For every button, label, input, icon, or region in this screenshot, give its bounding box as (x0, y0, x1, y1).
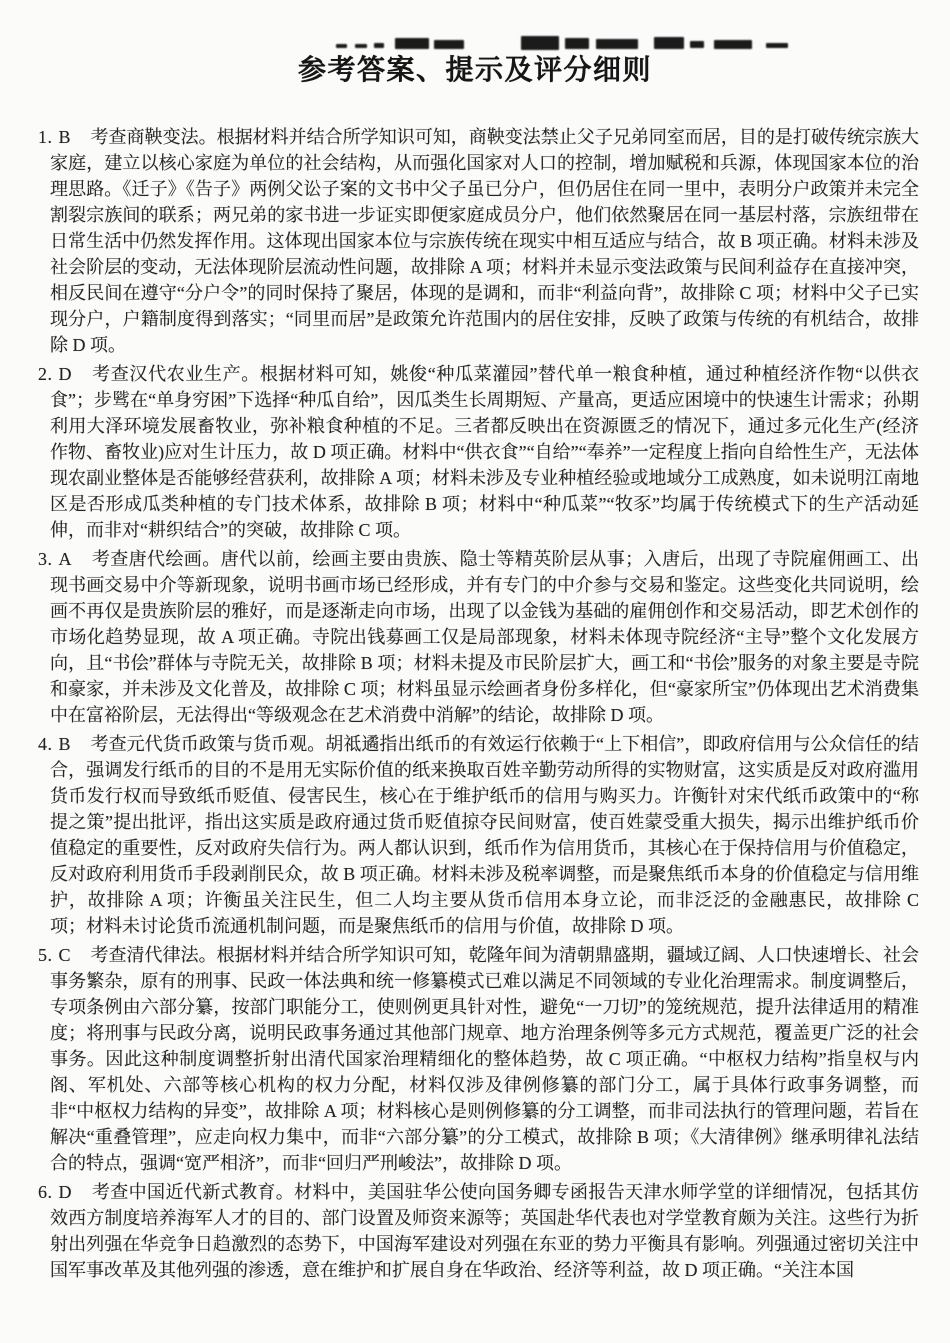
page-title: 参考答案、提示及评分细则 (0, 52, 950, 88)
question-number: 6. (38, 1182, 53, 1202)
answer-letter: D (59, 1182, 72, 1202)
document-page: 参考答案、提示及评分细则 1.B考查商鞅变法。根据材料并结合所学知识可知，商鞅变… (0, 0, 950, 1343)
answer-list: 1.B考查商鞅变法。根据材料并结合所学知识可知，商鞅变法禁止父子兄弟同室而居，目… (50, 124, 919, 1283)
question-number: 5. (38, 945, 53, 965)
answer-letter: B (59, 734, 71, 754)
answer-item-6: 6.D考查中国近代新式教育。材料中，美国驻华公使向国务卿专函报告天津水师学堂的详… (50, 1179, 919, 1283)
answer-explanation: 考查商鞅变法。根据材料并结合所学知识可知，商鞅变法禁止父子兄弟同室而居，目的是打… (50, 127, 919, 355)
answer-letter: B (59, 127, 71, 147)
question-number: 2. (38, 364, 53, 384)
answer-explanation: 考查唐代绘画。唐代以前，绘画主要由贵族、隐士等精英阶层从事；入唐后，出现了寺院雇… (50, 549, 919, 725)
question-number: 1. (38, 127, 53, 147)
answer-explanation: 考查元代货币政策与货币观。胡祗遹指出纸币的有效运行依赖于“上下相信”，即政府信用… (50, 734, 919, 936)
answer-item-2: 2.D考查汉代农业生产。根据材料可知，姚俊“种瓜菜灌园”替代单一粮食种植，通过种… (50, 361, 919, 543)
answer-explanation: 考查中国近代新式教育。材料中，美国驻华公使向国务卿专函报告天津水师学堂的详细情况… (50, 1182, 919, 1280)
answer-item-5: 5.C考查清代律法。根据材料并结合所学知识可知，乾隆年间为清朝鼎盛期，疆域辽阔、… (50, 942, 919, 1176)
answer-item-3: 3.A考查唐代绘画。唐代以前，绘画主要由贵族、隐士等精英阶层从事；入唐后，出现了… (50, 546, 919, 728)
answer-letter: C (59, 945, 71, 965)
answer-explanation: 考查清代律法。根据材料并结合所学知识可知，乾隆年间为清朝鼎盛期，疆域辽阔、人口快… (50, 945, 919, 1173)
answer-item-4: 4.B考查元代货币政策与货币观。胡祗遹指出纸币的有效运行依赖于“上下相信”，即政… (50, 731, 919, 939)
answer-explanation: 考查汉代农业生产。根据材料可知，姚俊“种瓜菜灌园”替代单一粮食种植，通过种植经济… (50, 364, 919, 540)
answer-letter: D (59, 364, 72, 384)
question-number: 3. (38, 549, 53, 569)
question-number: 4. (38, 734, 53, 754)
answer-letter: A (59, 549, 72, 569)
answer-item-1: 1.B考查商鞅变法。根据材料并结合所学知识可知，商鞅变法禁止父子兄弟同室而居，目… (50, 124, 919, 358)
cropped-header-fragment (0, 36, 950, 54)
